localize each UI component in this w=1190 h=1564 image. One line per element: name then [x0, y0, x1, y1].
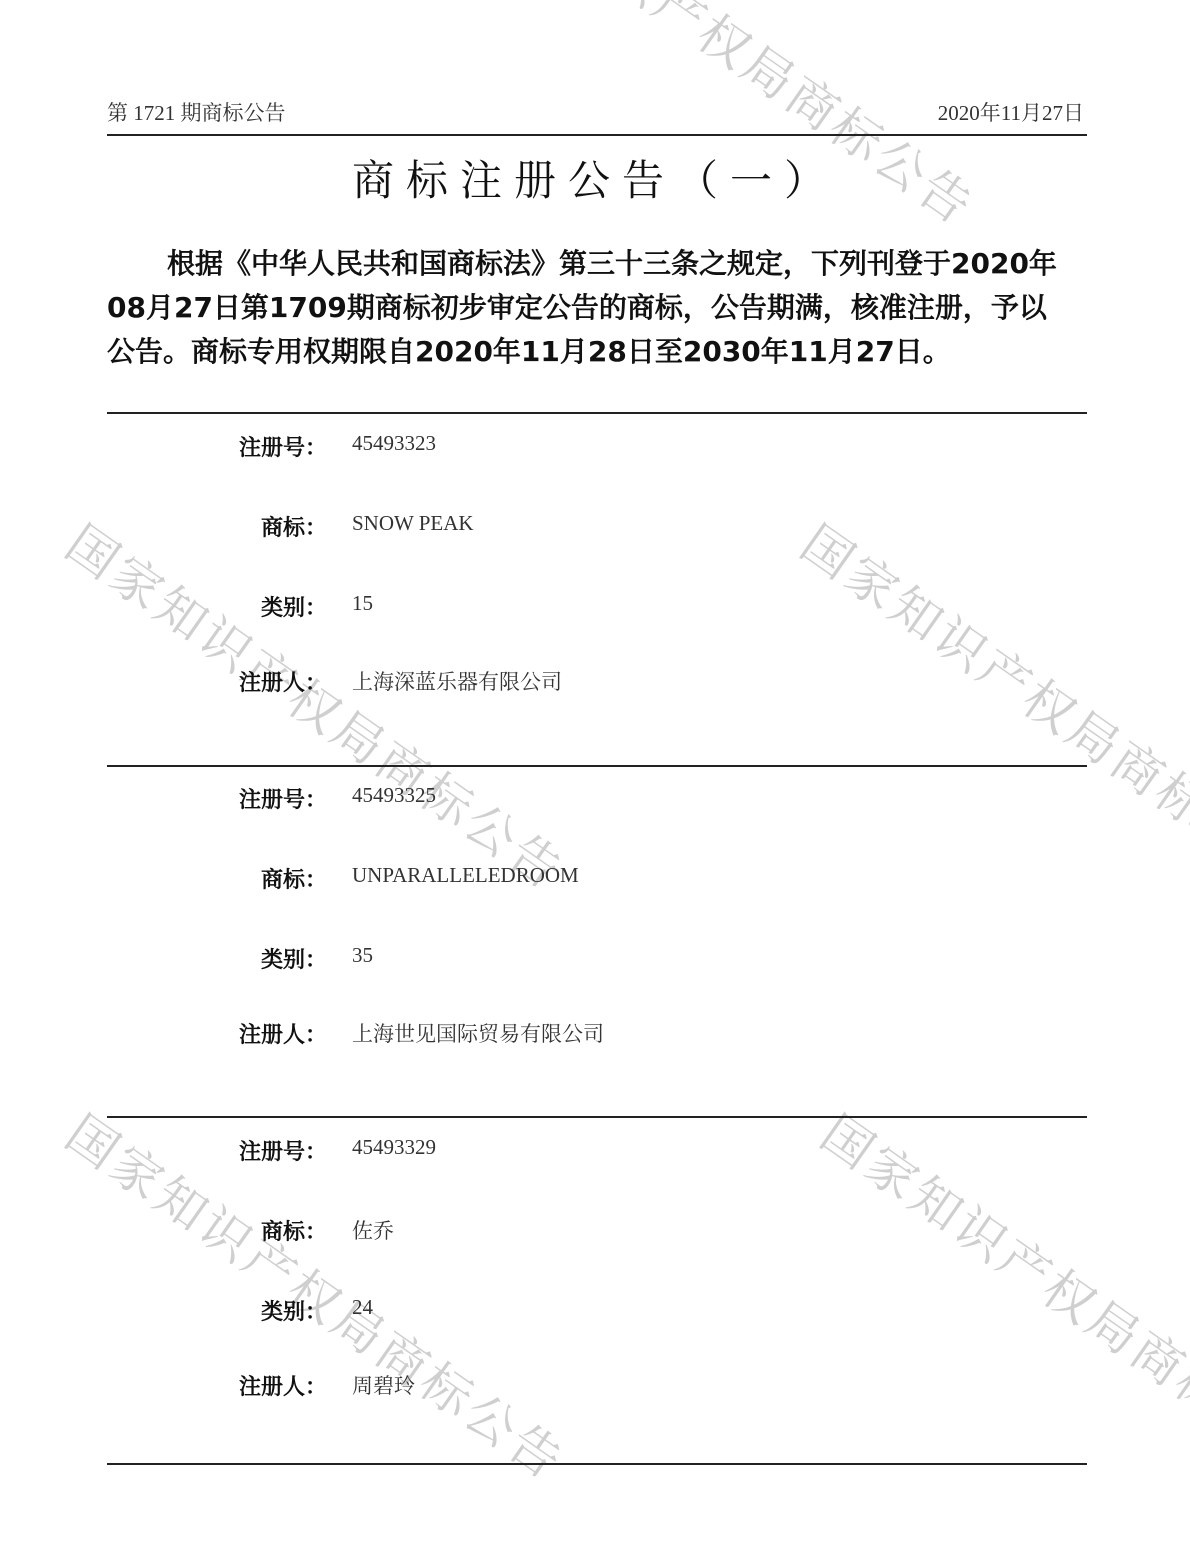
- page-title: 商标注册公告（一）: [0, 148, 1190, 208]
- reg-no-value: 45493325: [352, 783, 436, 808]
- class-label: 类别：: [261, 1295, 327, 1326]
- class-value: 35: [352, 943, 373, 968]
- mark-row: 商标： UNPARALLELEDROOM: [107, 863, 1087, 893]
- reg-no-row: 注册号： 45493325: [107, 783, 1087, 813]
- intro-line: 08月27日第1709期商标初步审定公告的商标，公告期满，核准注册，予以: [107, 286, 1087, 330]
- class-label: 类别：: [261, 943, 327, 974]
- registrant-label: 注册人：: [239, 1018, 327, 1049]
- class-row: 类别： 24: [107, 1295, 1087, 1325]
- registrant-row: 注册人： 上海世见国际贸易有限公司: [107, 1018, 1087, 1048]
- class-value: 15: [352, 591, 373, 616]
- reg-no-label: 注册号：: [239, 1135, 327, 1166]
- reg-no-value: 45493329: [352, 1135, 436, 1160]
- registrant-label: 注册人：: [239, 666, 327, 697]
- mark-row: 商标： 佐乔: [107, 1215, 1087, 1245]
- publication-date: 2020年11月27日: [938, 97, 1084, 127]
- registrant-row: 注册人： 上海深蓝乐器有限公司: [107, 666, 1087, 696]
- entry-divider: [107, 765, 1087, 767]
- reg-no-label: 注册号：: [239, 431, 327, 462]
- registrant-value: 周碧玲: [352, 1370, 415, 1400]
- registrant-value: 上海深蓝乐器有限公司: [352, 666, 562, 696]
- entry-divider: [107, 412, 1087, 414]
- entry-divider: [107, 1116, 1087, 1118]
- intro-paragraph: 根据《中华人民共和国商标法》第三十三条之规定，下列刊登于2020年 08月27日…: [107, 242, 1087, 374]
- reg-no-row: 注册号： 45493329: [107, 1135, 1087, 1165]
- footer-divider: [107, 1463, 1087, 1465]
- watermark: 国家知识产权局商标公告: [54, 505, 582, 905]
- watermark: 国家知识产权局商标公告: [789, 505, 1190, 905]
- mark-value: SNOW PEAK: [352, 511, 474, 536]
- class-row: 类别： 15: [107, 591, 1087, 621]
- mark-label: 商标：: [261, 863, 327, 894]
- intro-line: 根据《中华人民共和国商标法》第三十三条之规定，下列刊登于2020年: [107, 242, 1087, 286]
- class-value: 24: [352, 1295, 373, 1320]
- registrant-row: 注册人： 周碧玲: [107, 1370, 1087, 1400]
- registrant-label: 注册人：: [239, 1370, 327, 1401]
- issue-number: 第 1721 期商标公告: [107, 97, 286, 127]
- mark-row: 商标： SNOW PEAK: [107, 511, 1087, 541]
- class-row: 类别： 35: [107, 943, 1087, 973]
- mark-label: 商标：: [261, 511, 327, 542]
- mark-value: UNPARALLELEDROOM: [352, 863, 579, 888]
- intro-line: 公告。商标专用权期限自2020年11月28日至2030年11月27日。: [107, 330, 1087, 374]
- registrant-value: 上海世见国际贸易有限公司: [352, 1018, 604, 1048]
- reg-no-value: 45493323: [352, 431, 436, 456]
- header-divider: [107, 134, 1087, 136]
- reg-no-row: 注册号： 45493323: [107, 431, 1087, 461]
- mark-value: 佐乔: [352, 1215, 394, 1245]
- mark-label: 商标：: [261, 1215, 327, 1246]
- reg-no-label: 注册号：: [239, 783, 327, 814]
- class-label: 类别：: [261, 591, 327, 622]
